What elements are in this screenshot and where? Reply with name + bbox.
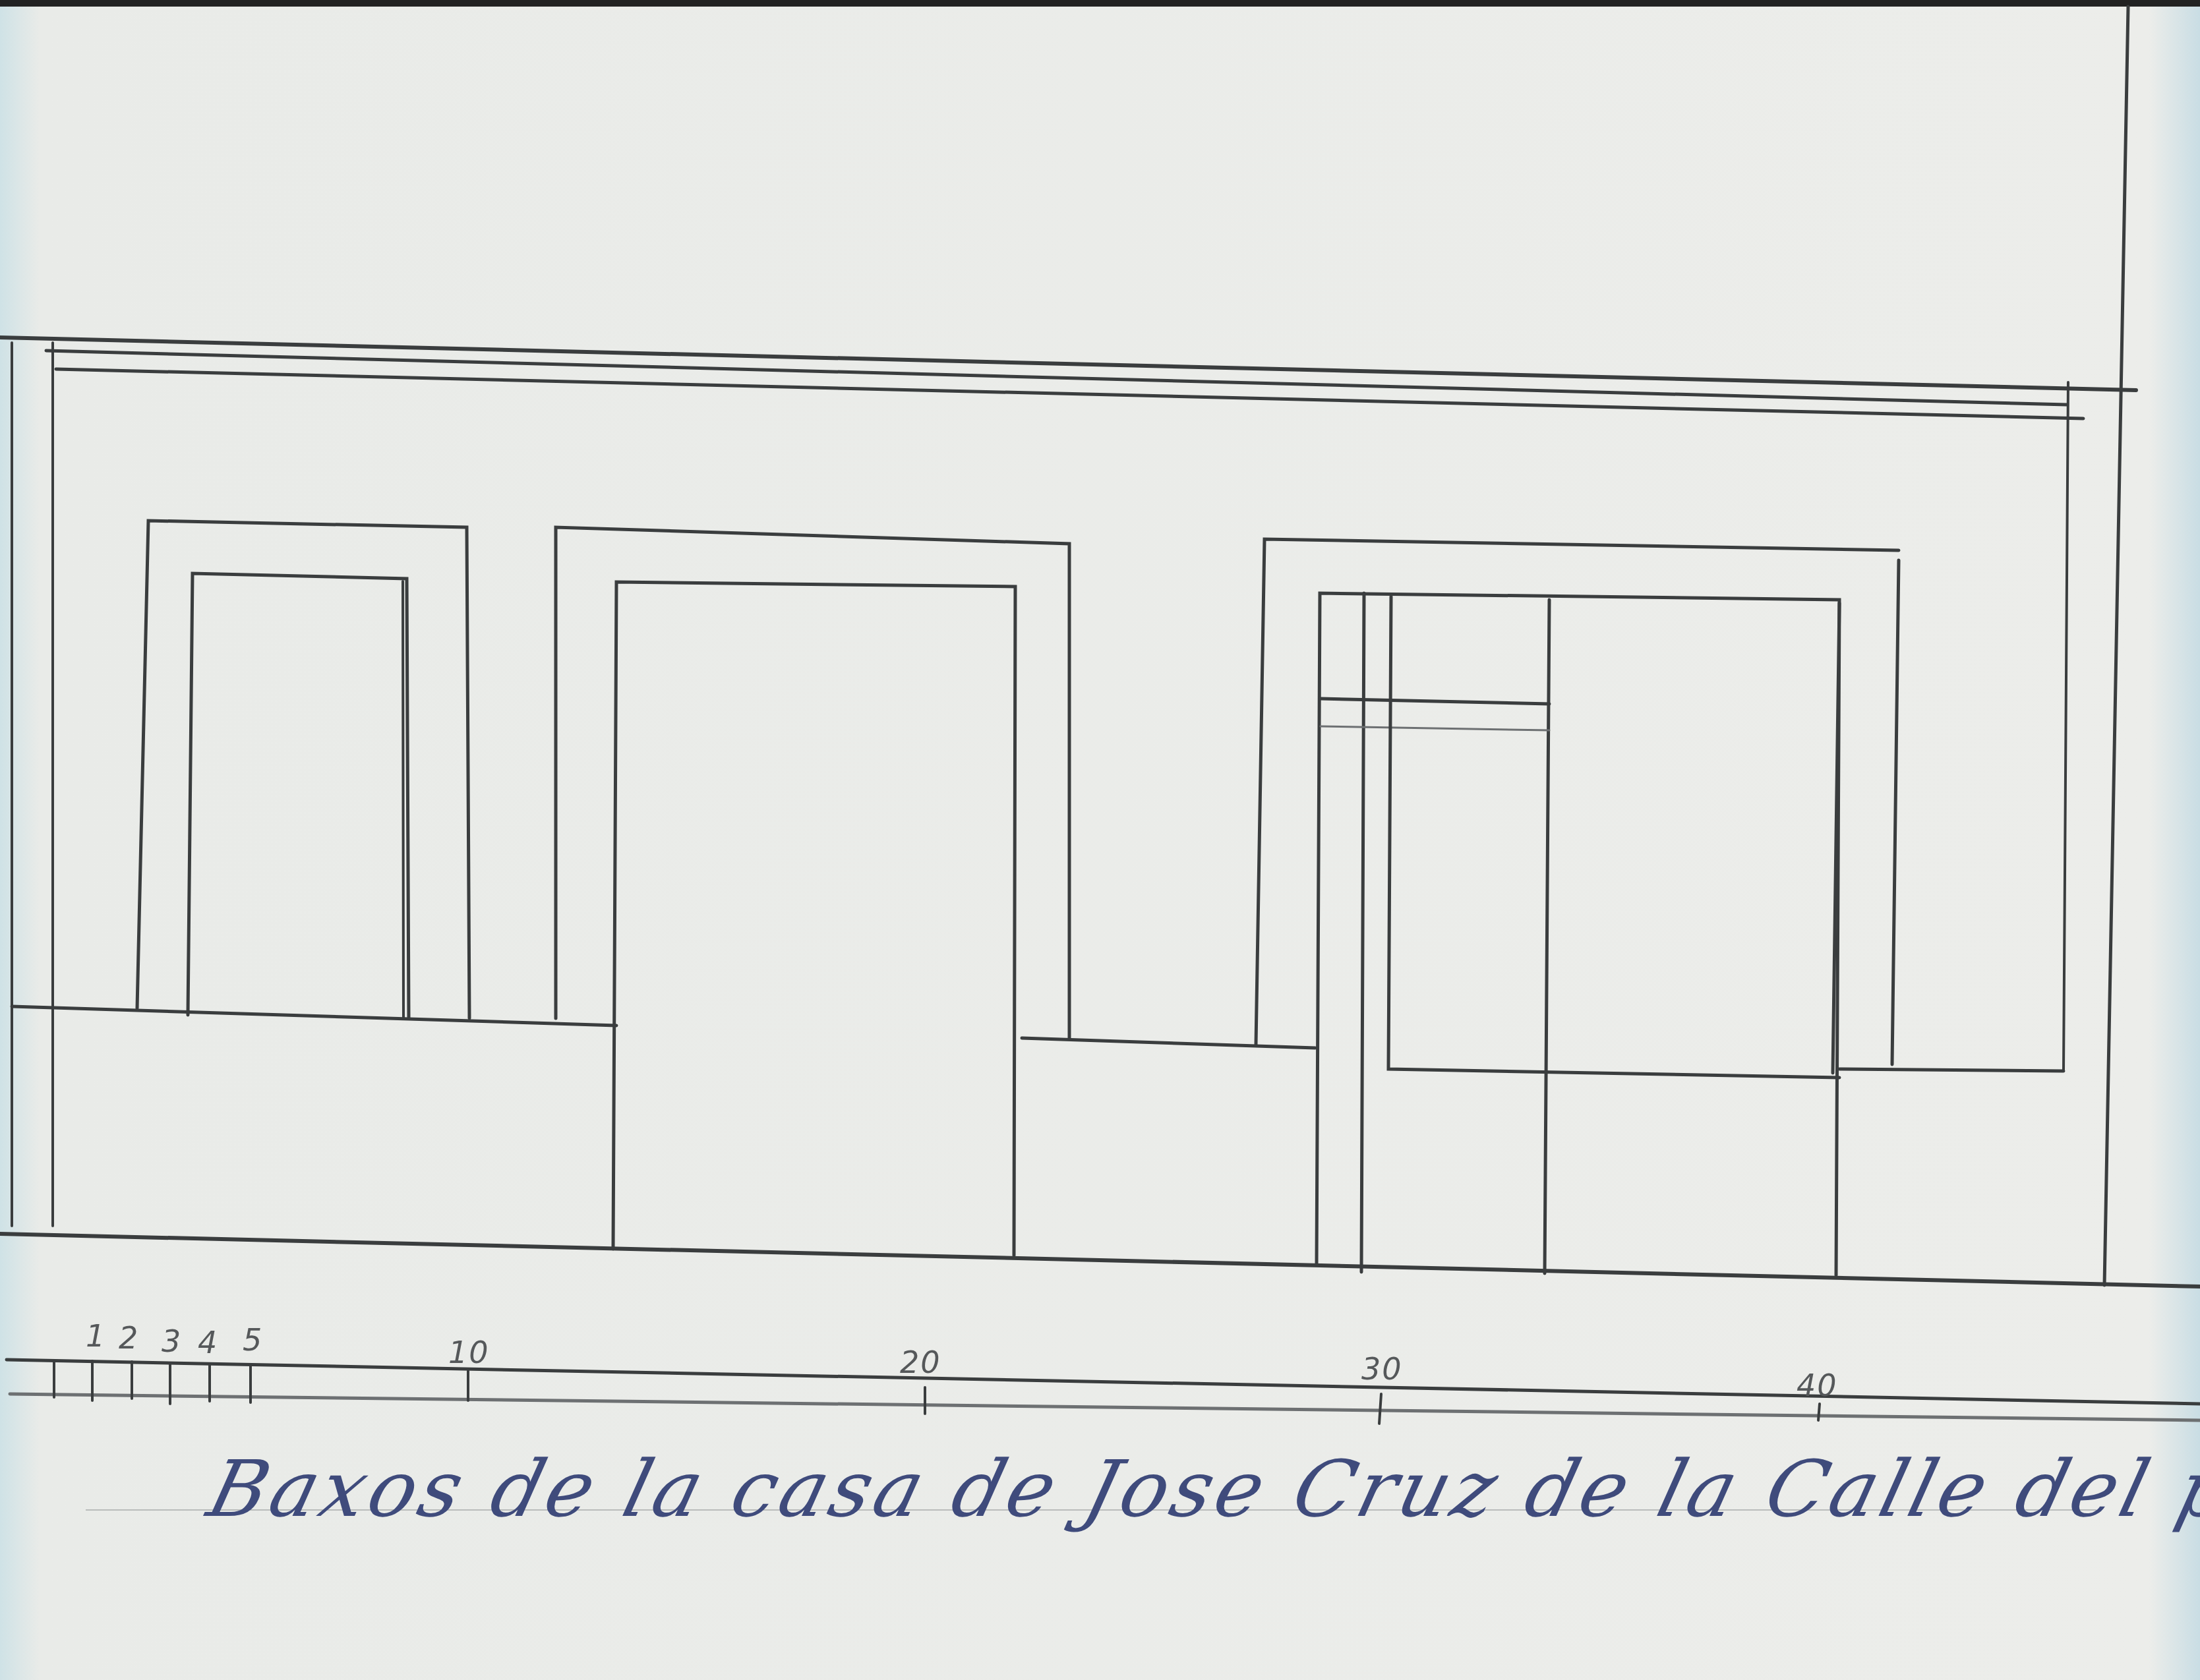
ground-line: [0, 1234, 2200, 1287]
door-center: [556, 527, 1069, 1256]
sill-lines: [12, 1006, 2064, 1071]
scale-label-1: 1: [86, 1318, 106, 1354]
elevation-drawing: [0, 0, 2200, 1680]
window-right: [1388, 596, 1839, 1078]
scale-label-5: 5: [243, 1322, 263, 1358]
scale-label-10: 10: [448, 1335, 490, 1370]
scale-label-2: 2: [119, 1320, 139, 1356]
paper-sheet: 1 2 3 4 5 10 20 30 40 Baxos de la casa d…: [0, 0, 2200, 1680]
right-frame: [1256, 539, 1899, 1064]
window-left: [137, 521, 469, 1018]
scale-label-3: 3: [162, 1323, 182, 1359]
scale-label-30: 30: [1361, 1351, 1403, 1387]
drawing-caption: Baxos de la casa de Jose Cruz de la Call…: [200, 1443, 2068, 1534]
scale-label-40: 40: [1797, 1368, 1838, 1403]
scale-label-4: 4: [198, 1325, 218, 1360]
door-transom: [1317, 593, 1839, 1275]
scale-bar: [7, 1360, 2200, 1424]
scale-label-20: 20: [900, 1345, 941, 1380]
